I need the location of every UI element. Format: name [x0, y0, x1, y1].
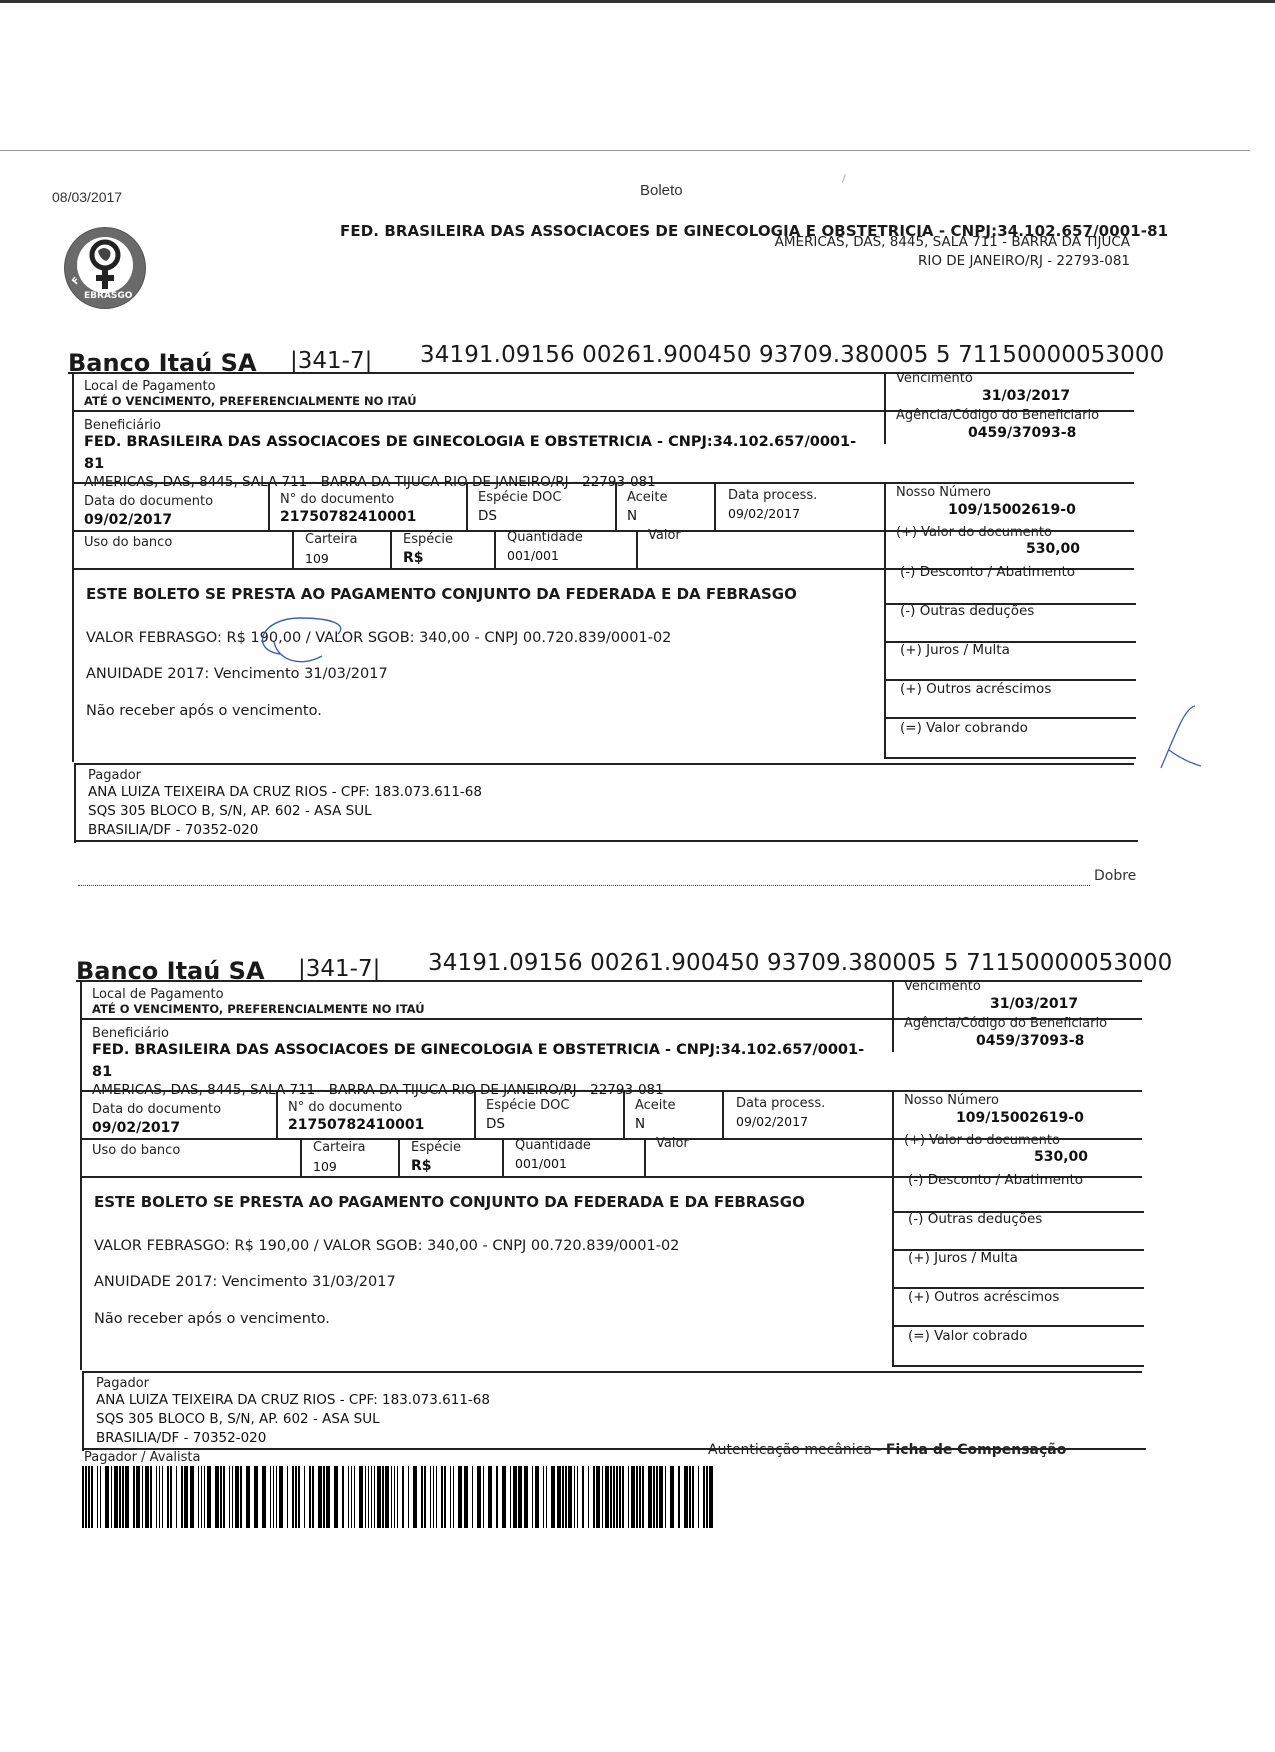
local-pagamento-label: Local de Pagamento	[92, 987, 224, 1002]
nosso-numero-label: Nosso Número	[896, 485, 991, 500]
desconto-label: (-) Desconto / Abatimento	[908, 1172, 1083, 1188]
num-documento-label: N° do documento	[280, 492, 394, 507]
ficha-compensacao-label: Ficha de Compensação	[886, 1442, 1066, 1458]
quantidade-value: 001/001	[515, 1156, 567, 1171]
aceite-label: Aceite	[635, 1098, 676, 1113]
instruction-line: VALOR FEBRASGO: R$ 190,00 / VALOR SGOB: …	[94, 1238, 679, 1254]
beneficiario-label: Beneficiário	[92, 1026, 169, 1041]
local-pagamento-label: Local de Pagamento	[84, 379, 216, 394]
valor-cobrado-label: (=) Valor cobrado	[908, 1328, 1027, 1344]
uso-banco-label: Uso do banco	[84, 535, 172, 550]
vencimento-label: Vencimento	[904, 979, 981, 994]
pagador-avalista-label: Pagador / Avalista	[84, 1450, 201, 1465]
num-documento-value: 21750782410001	[288, 1117, 424, 1133]
uso-banco-label: Uso do banco	[92, 1143, 180, 1158]
agencia-value: 0459/37093-8	[976, 1033, 1084, 1049]
aceite-value: N	[635, 1116, 645, 1132]
beneficiario-name: FED. BRASILEIRA DAS ASSOCIACOES DE GINEC…	[92, 1042, 864, 1058]
outros-acrescimos-label: (+) Outros acréscimos	[908, 1289, 1059, 1305]
ink-check-mark	[1155, 700, 1205, 772]
local-pagamento-value: ATÉ O VENCIMENTO, PREFERENCIALMENTE NO I…	[84, 394, 417, 408]
ink-circle-annotation	[240, 612, 380, 672]
nosso-numero-label: Nosso Número	[904, 1093, 999, 1108]
beneficiario-label: Beneficiário	[84, 418, 161, 433]
num-documento-label: N° do documento	[288, 1100, 402, 1115]
nosso-numero-value: 109/15002619-0	[948, 502, 1076, 518]
especie-doc-label: Espécie DOC	[478, 490, 561, 505]
quantidade-label: Quantidade	[507, 530, 583, 545]
agencia-label: Agência/Código do Beneficiario	[896, 408, 1099, 423]
bank-code: |341-7|	[298, 956, 380, 982]
aceite-label: Aceite	[627, 490, 668, 505]
agencia-value: 0459/37093-8	[968, 425, 1076, 441]
quantidade-value: 001/001	[507, 548, 559, 563]
data-documento-label: Data do documento	[92, 1102, 221, 1117]
pagador-label: Pagador	[96, 1376, 149, 1391]
vencimento-value: 31/03/2017	[982, 388, 1070, 404]
beneficiario-name-cont: 81	[84, 456, 104, 472]
desconto-label: (-) Desconto / Abatimento	[900, 564, 1075, 580]
data-documento-label: Data do documento	[84, 494, 213, 509]
beneficiario-name-cont: 81	[92, 1064, 112, 1080]
num-documento-value: 21750782410001	[280, 509, 416, 525]
valor-documento-label: (+) Valor do documento	[904, 1133, 1060, 1148]
vencimento-value: 31/03/2017	[990, 996, 1078, 1012]
especie-doc-value: DS	[478, 508, 497, 524]
beneficiario-name: FED. BRASILEIRA DAS ASSOCIACOES DE GINEC…	[84, 434, 856, 450]
local-pagamento-value: ATÉ O VENCIMENTO, PREFERENCIALMENTE NO I…	[92, 1002, 425, 1016]
data-process-label: Data process.	[736, 1096, 825, 1111]
barcode	[82, 1466, 717, 1528]
aceite-value: N	[627, 508, 637, 524]
data-process-label: Data process.	[728, 488, 817, 503]
carteira-value: 109	[305, 551, 329, 566]
especie-value: R$	[411, 1158, 432, 1174]
especie-label: Espécie	[411, 1140, 461, 1155]
valor-documento-value: 530,00	[1034, 1149, 1088, 1165]
nosso-numero-value: 109/15002619-0	[956, 1110, 1084, 1126]
data-process-value: 09/02/2017	[728, 506, 800, 521]
data-documento-value: 09/02/2017	[84, 512, 172, 528]
vencimento-label: Vencimento	[896, 371, 973, 386]
especie-value: R$	[403, 550, 424, 566]
boleto-slip-compensation: Banco Itaú SA |341-7| 34191.09156 00261.…	[8, 608, 1275, 1538]
outras-deducoes-label: (-) Outras deduções	[908, 1211, 1042, 1227]
instruction-heading: ESTE BOLETO SE PRESTA AO PAGAMENTO CONJU…	[86, 585, 797, 603]
agencia-label: Agência/Código do Beneficiario	[904, 1016, 1107, 1031]
especie-doc-value: DS	[486, 1116, 505, 1132]
carteira-label: Carteira	[305, 532, 357, 547]
especie-label: Espécie	[403, 532, 453, 547]
juros-multa-label: (+) Juros / Multa	[908, 1250, 1018, 1266]
carteira-label: Carteira	[313, 1140, 365, 1155]
pagador-name: ANA LUIZA TEIXEIRA DA CRUZ RIOS - CPF: 1…	[96, 1392, 490, 1408]
autenticacao-label: Autenticação mecânica - Ficha de Compens…	[708, 1442, 1066, 1458]
instruction-line: Não receber após o vencimento.	[94, 1311, 330, 1327]
especie-doc-label: Espécie DOC	[486, 1098, 569, 1113]
data-process-value: 09/02/2017	[736, 1114, 808, 1129]
digitable-line[interactable]: 34191.09156 00261.900450 93709.380005 5 …	[428, 950, 1172, 976]
digitable-line[interactable]: 34191.09156 00261.900450 93709.380005 5 …	[420, 342, 1164, 368]
carteira-value: 109	[313, 1159, 337, 1174]
valor-label: Valor	[648, 528, 681, 543]
bank-code: |341-7|	[290, 348, 372, 374]
pagador-address: SQS 305 BLOCO B, S/N, AP. 602 - ASA SUL	[96, 1411, 380, 1427]
instruction-line: ANUIDADE 2017: Vencimento 31/03/2017	[94, 1274, 396, 1290]
valor-label: Valor	[656, 1136, 689, 1151]
instruction-heading: ESTE BOLETO SE PRESTA AO PAGAMENTO CONJU…	[94, 1193, 805, 1211]
data-documento-value: 09/02/2017	[92, 1120, 180, 1136]
pagador-city: BRASILIA/DF - 70352-020	[96, 1430, 266, 1446]
quantidade-label: Quantidade	[515, 1138, 591, 1153]
valor-documento-label: (+) Valor do documento	[896, 525, 1052, 540]
valor-documento-value: 530,00	[1026, 541, 1080, 557]
